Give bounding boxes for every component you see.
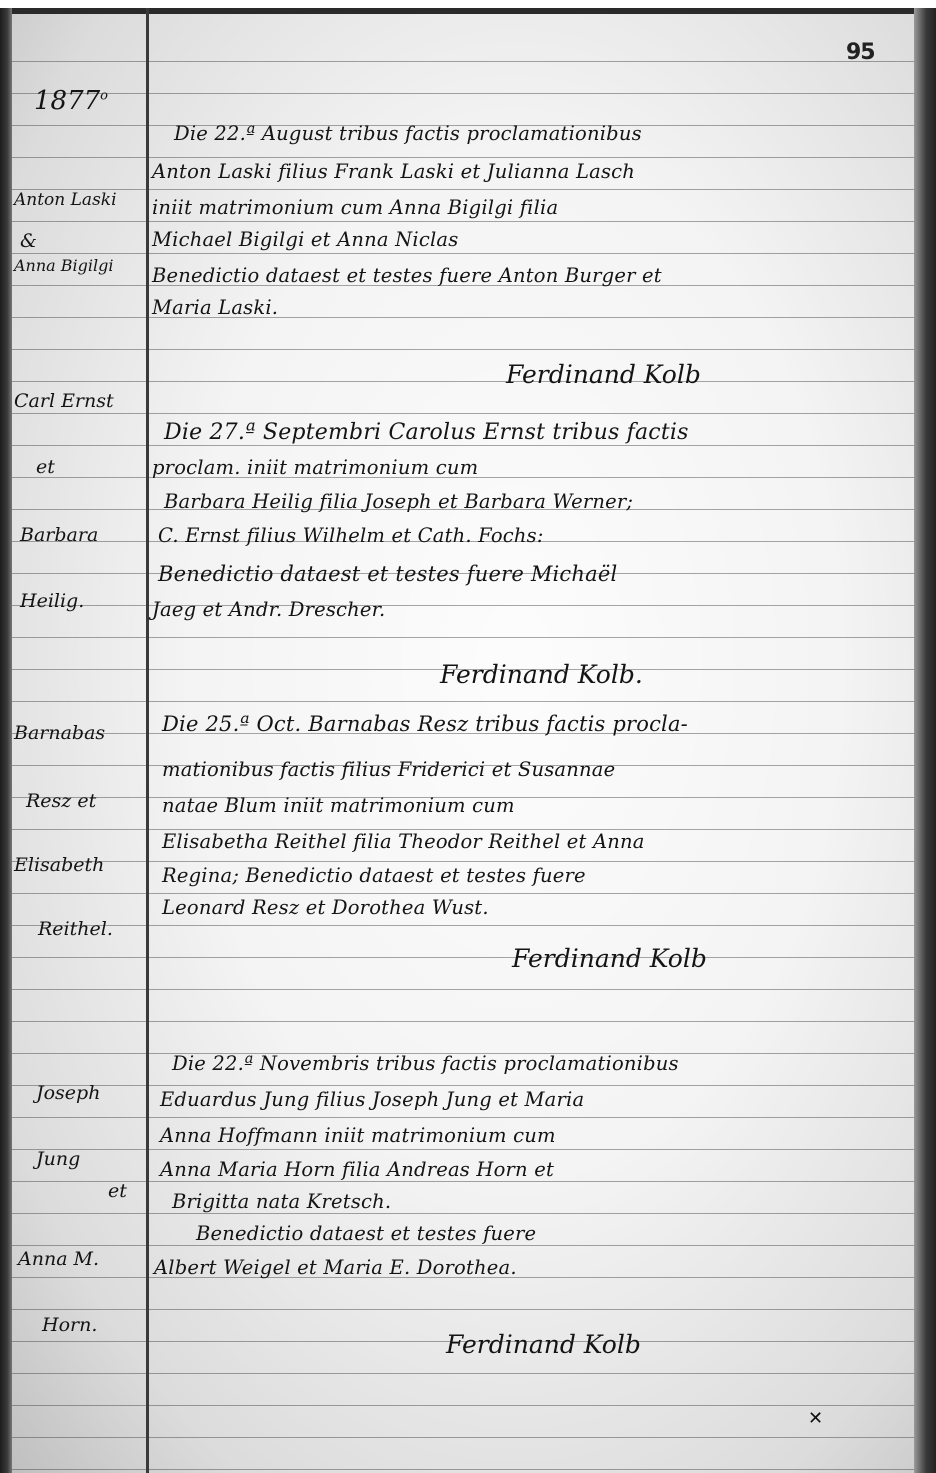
page-number: 95 (846, 40, 875, 65)
entry-line: Barbara Heilig filia Joseph et Barbara W… (164, 490, 633, 513)
margin-name: Reithel. (38, 918, 113, 940)
entry-line: C. Ernst filius Wilhelm et Cath. Fochs: (158, 524, 544, 547)
margin-rule (146, 8, 149, 1473)
entry-line: Elisabetha Reithel filia Theodor Reithel… (162, 830, 645, 853)
entry-line: Die 25.ª Oct. Barnabas Resz tribus facti… (162, 712, 688, 736)
margin-name: Anna Bigilgi (14, 256, 114, 275)
entry-line: Jaeg et Andr. Drescher. (152, 598, 385, 621)
entry-line: Anna Hoffmann iniit matrimonium cum (160, 1124, 556, 1147)
entry-line: Die 22.ª Novembris tribus factis proclam… (172, 1052, 679, 1075)
entry-line: Anna Maria Horn filia Andreas Horn et (160, 1158, 554, 1181)
ink-blot: ✕ (808, 1408, 823, 1429)
margin-name: Barnabas (14, 722, 105, 744)
entry-line: Benedictio dataest et testes fuere Micha… (158, 562, 617, 586)
entry-line: Die 22.ª August tribus factis proclamati… (174, 122, 642, 145)
margin-name: & (20, 230, 37, 252)
entry-line: Michael Bigilgi et Anna Niclas (152, 228, 458, 251)
margin-name: Anna M. (18, 1248, 99, 1270)
entry-line: Regina; Benedictio dataest et testes fue… (162, 864, 586, 887)
entry-line: natae Blum iniit matrimonium cum (162, 794, 515, 817)
register-page: 95 1877o Anton Laski & Anna Bigilgi Die … (0, 0, 936, 1473)
margin-name: Heilig. (20, 590, 84, 612)
year-value: 1877 (34, 86, 100, 116)
entry-line: Anton Laski filius Frank Laski et Julian… (152, 160, 635, 183)
entry-line: Benedictio dataest et testes fuere (196, 1222, 536, 1245)
entry-line: Benedictio dataest et testes fuere Anton… (152, 264, 662, 287)
margin-name: Horn. (42, 1314, 97, 1336)
margin-name: Elisabeth (14, 854, 104, 876)
page-right-border (914, 8, 936, 1473)
year-heading: 1877o (34, 86, 108, 116)
entry-line: Eduardus Jung filius Joseph Jung et Mari… (160, 1088, 584, 1111)
margin-name: Carl Ernst (14, 390, 114, 412)
page-left-border (0, 8, 12, 1473)
margin-name: et (108, 1180, 127, 1202)
entry-line: Leonard Resz et Dorothea Wust. (162, 896, 489, 919)
priest-signature: Ferdinand Kolb. (440, 660, 643, 689)
priest-signature: Ferdinand Kolb (512, 944, 707, 973)
margin-name: Anton Laski (14, 190, 117, 210)
scan-top-edge (0, 0, 936, 8)
entry-line: iniit matrimonium cum Anna Bigilgi filia (152, 196, 558, 219)
entry-line: mationibus factis filius Friderici et Su… (162, 758, 615, 781)
margin-name: Jung (36, 1148, 80, 1170)
entry-line: proclam. iniit matrimonium cum (152, 456, 478, 479)
page-top-border (0, 8, 936, 14)
year-suffix: o (100, 88, 108, 103)
margin-name: et (36, 456, 55, 478)
entry-line: Albert Weigel et Maria E. Dorothea. (154, 1256, 517, 1279)
entry-line: Maria Laski. (152, 296, 278, 319)
margin-name: Joseph (36, 1082, 100, 1104)
entry-line: Brigitta nata Kretsch. (172, 1190, 391, 1213)
entry-line: Die 27.ª Septembri Carolus Ernst tribus … (164, 420, 689, 445)
margin-name: Barbara (20, 524, 98, 546)
priest-signature: Ferdinand Kolb (446, 1330, 641, 1359)
margin-name: Resz et (26, 790, 96, 812)
priest-signature: Ferdinand Kolb (506, 360, 701, 389)
